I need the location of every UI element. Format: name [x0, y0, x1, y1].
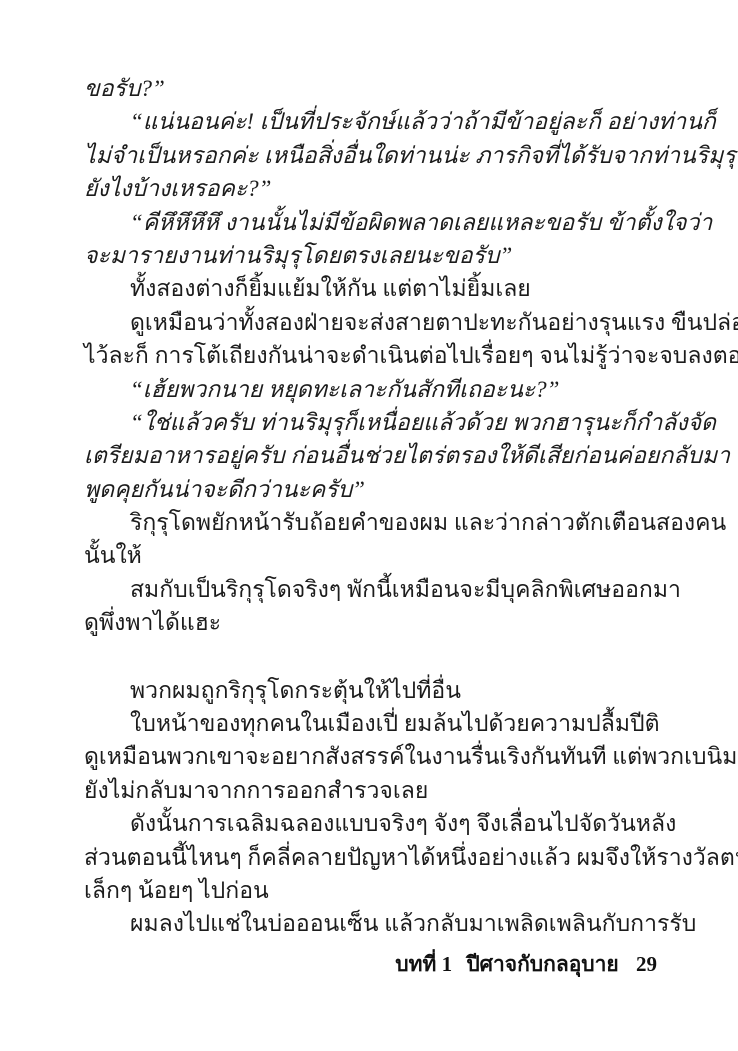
- page-body: ขอรับ?”“แน่นอนค่ะ! เป็นที่ประจักษ์แล้วว่…: [84, 72, 660, 941]
- page-number: 29: [636, 952, 657, 976]
- text-line: ผมลงไปแช่ในบ่อออนเซ็น แล้วกลับมาเพลิดเพล…: [84, 907, 660, 940]
- text-line: ทั้งสองต่างก็ยิ้มแย้มให้กัน แต่ตาไม่ยิ้ม…: [84, 272, 660, 305]
- text-line: สมกับเป็นริกุรุโดจริงๆ พักนี้เหมือนจะมีบ…: [84, 573, 660, 606]
- chapter-label: บทที่ 1: [395, 952, 452, 976]
- text-line: เล็กๆ น้อยๆ ไปก่อน: [84, 874, 660, 907]
- text-line: ยังไม่กลับมาจากการออกสำรวจเลย: [84, 774, 660, 807]
- text-line: ดูพึ่งพาได้แฮะ: [84, 606, 660, 639]
- text-line: ดูเหมือนว่าทั้งสองฝ่ายจะส่งสายตาปะทะกันอ…: [84, 306, 660, 339]
- text-line: “คีหึหึหึหึ งานนั้นไม่มีข้อผิดพลาดเลยแหล…: [84, 206, 660, 239]
- text-line: ไว้ละก็ การโต้เถียงกันน่าจะดำเนินต่อไปเร…: [84, 339, 660, 372]
- text-line: ดูเหมือนพวกเขาจะอยากสังสรรค์ในงานรื่นเริ…: [84, 740, 660, 773]
- text-line: “แน่นอนค่ะ! เป็นที่ประจักษ์แล้วว่าถ้ามีข…: [84, 105, 660, 138]
- text-line: ขอรับ?”: [84, 72, 660, 105]
- text-line: ยังไงบ้างเหรอคะ?”: [84, 172, 660, 205]
- text-line: ส่วนตอนนี้ไหนๆ ก็คลี่คลายปัญหาได้หนึ่งอย…: [84, 841, 660, 874]
- page-footer: บทที่ 1 ปีศาจกับกลอุบาย 29: [395, 948, 657, 981]
- text-line: จะมารายงานท่านริมุรุโดยตรงเลยนะขอรับ”: [84, 239, 660, 272]
- text-line: พวกผมถูกริกุรุโดกระตุ้นให้ไปที่อื่น: [84, 674, 660, 707]
- text-line: นั้นให้: [84, 539, 660, 572]
- chapter-title: ปีศาจกับกลอุบาย: [466, 952, 618, 976]
- book-page: ขอรับ?”“แน่นอนค่ะ! เป็นที่ประจักษ์แล้วว่…: [0, 0, 738, 1051]
- text-line: พูดคุยกันน่าจะดีกว่านะครับ”: [84, 473, 660, 506]
- text-line: “เฮ้ยพวกนาย หยุดทะเลาะกันสักทีเถอะนะ?”: [84, 373, 660, 406]
- text-line: “ใช่แล้วครับ ท่านริมุรุก็เหนื่อยแล้วด้วย…: [84, 406, 660, 439]
- text-line: ดังนั้นการเฉลิมฉลองแบบจริงๆ จังๆ จึงเลื่…: [84, 807, 660, 840]
- text-line: ใบหน้าของทุกคนในเมืองเปี่ ยมล้นไปด้วยควา…: [84, 707, 660, 740]
- text-line: ไม่จำเป็นหรอกค่ะ เหนือสิ่งอื่นใดท่านน่ะ …: [84, 139, 660, 172]
- text-line: ริกุรุโดพยักหน้ารับถ้อยคำของผม และว่ากล่…: [84, 506, 660, 539]
- text-line: เตรียมอาหารอยู่ครับ ก่อนอื่นช่วยไตร่ตรอง…: [84, 439, 660, 472]
